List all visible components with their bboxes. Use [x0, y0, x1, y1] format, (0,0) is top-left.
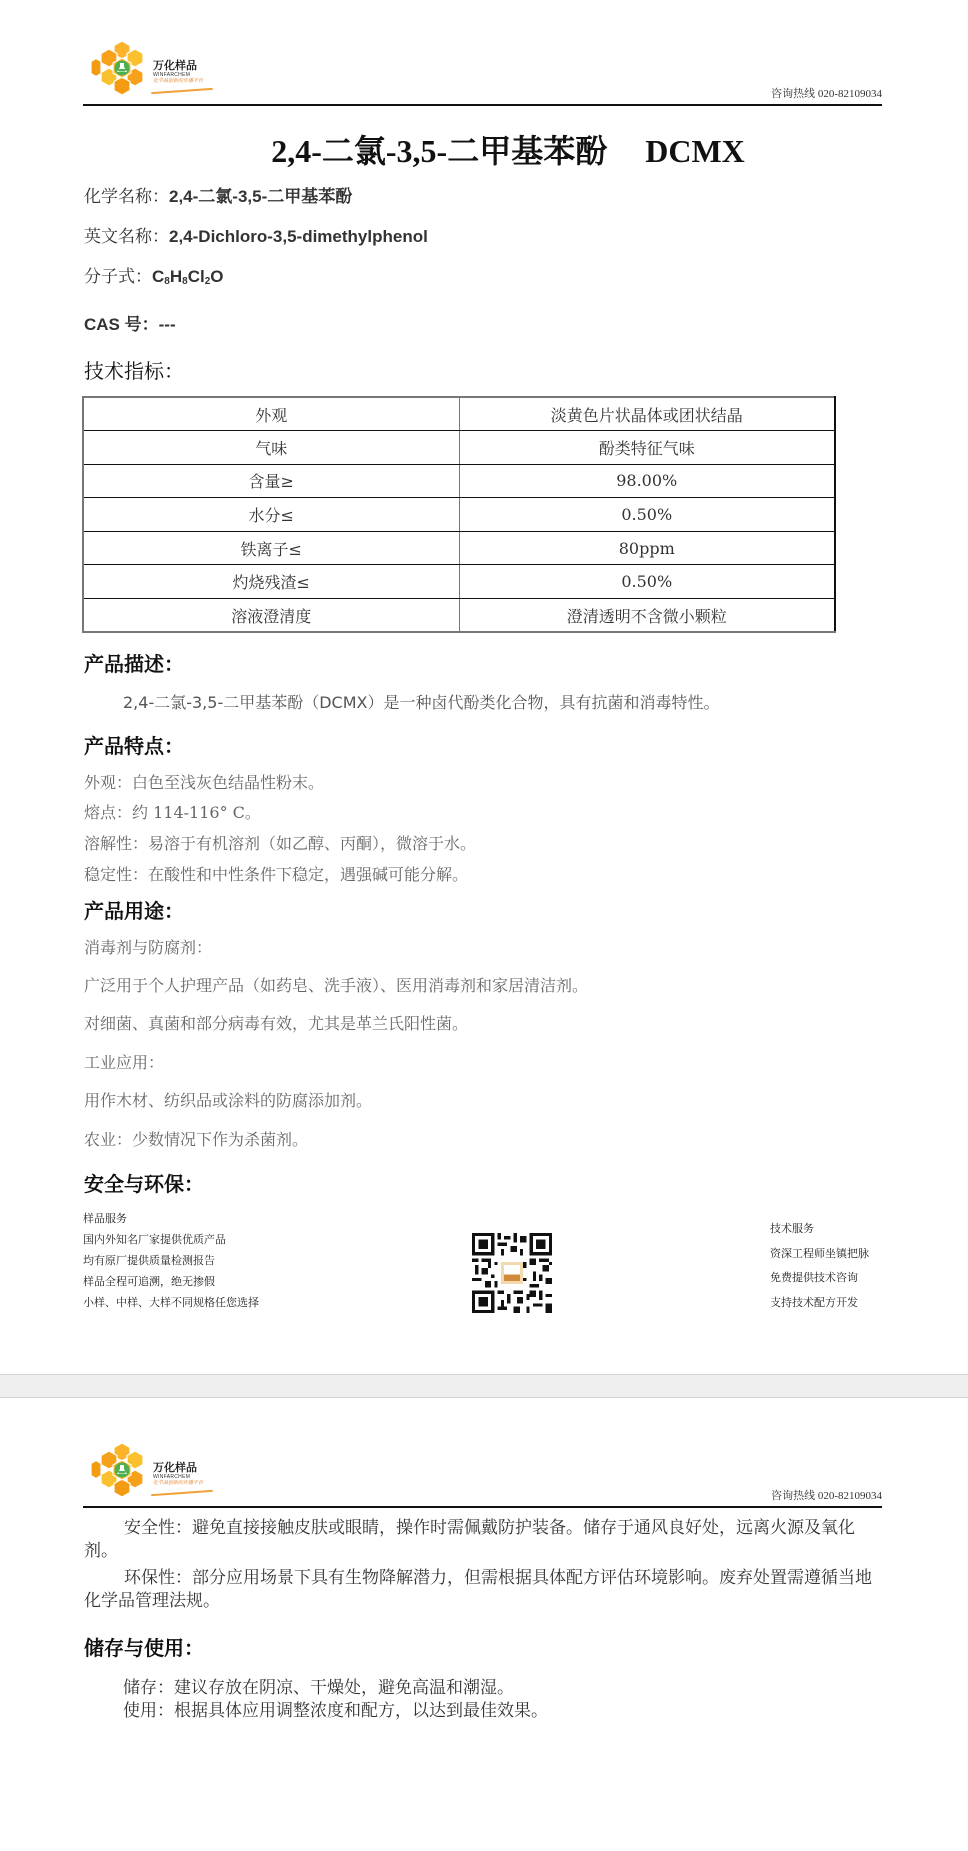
- features-heading: 产品特点：: [84, 730, 184, 759]
- english-name-field: 英文名称：2,4-Dichloro-3,5-dimethylphenol: [84, 222, 428, 247]
- page-separator: [0, 1374, 968, 1398]
- company-logo: 万化样品 WINFARCHEM 化学品创新的传播平台: [91, 1442, 211, 1502]
- english-name-label: 英文名称：: [84, 227, 169, 247]
- spec-table: 外观淡黄色片状晶体或团状结晶 气味酚类特征气味 含量≥98.00% 水分≤0.5…: [82, 396, 836, 633]
- environment-paragraph: 环保性：部分应用场景下具有生物降解潜力，但需根据具体配方评估环境影响。废弃处置需…: [84, 1567, 884, 1613]
- spec-value: 酚类特征气味: [459, 431, 835, 465]
- hotline-text: 咨询热线 020-82109034: [771, 1487, 882, 1503]
- english-name-value: 2,4-Dichloro-3,5-dimethylphenol: [169, 227, 428, 246]
- tech-service-item: 支持技术配方开发: [770, 1291, 869, 1316]
- safety-paragraph: 安全性：避免直接接触皮肤或眼睛，操作时需佩戴防护装备。储存于通风良好处，远离火源…: [84, 1517, 884, 1563]
- table-row: 灼烧残渣≤0.50%: [83, 565, 835, 599]
- tech-service-item: 免费提供技术咨询: [770, 1266, 869, 1291]
- spec-key: 灼烧残渣≤: [83, 565, 459, 599]
- qr-code-icon: [472, 1233, 552, 1313]
- sample-service-item: 国内外知名厂家提供优质产品: [83, 1229, 259, 1250]
- page-title: 2,4-二氯-3,5-二甲基苯酚DCMX: [0, 126, 968, 172]
- spec-heading: 技术指标：: [84, 355, 184, 384]
- use-item: 对细菌、真菌和部分病毒有效，尤其是革兰氏阳性菌。: [84, 1013, 468, 1035]
- tech-service-list: 技术服务 资深工程师坐镇把脉 免费提供技术咨询 支持技术配方开发: [770, 1217, 869, 1315]
- spec-key: 铁离子≤: [83, 531, 459, 565]
- chemical-name-value: 2,4-二氯-3,5-二甲基苯酚: [169, 187, 352, 206]
- logo-swoosh: [151, 88, 213, 94]
- feature-item: 外观：白色至浅灰色结晶性粉末。: [84, 772, 324, 794]
- table-row: 溶液澄清度澄清透明不含微小颗粒: [83, 599, 835, 633]
- use-item: 工业应用：: [84, 1052, 164, 1074]
- logo-slogan: 化学品创新的传播平台: [153, 78, 203, 85]
- hexagon-logo-icon: [91, 1442, 153, 1498]
- formula-label: 分子式：: [84, 267, 152, 287]
- logo-swoosh: [151, 1490, 213, 1496]
- title-abbr: DCMX: [645, 133, 745, 169]
- storage-heading: 储存与使用：: [84, 1632, 204, 1661]
- use-item: 消毒剂与防腐剂：: [84, 937, 212, 959]
- spec-key: 溶液澄清度: [83, 599, 459, 633]
- document-page-1: 万化样品 WINFARCHEM 化学品创新的传播平台 咨询热线 020-8210…: [0, 0, 968, 1374]
- hotline-text: 咨询热线 020-82109034: [771, 85, 882, 101]
- logo-text: 万化样品 WINFARCHEM 化学品创新的传播平台: [153, 1462, 203, 1487]
- chemical-name-field: 化学名称：2,4-二氯-3,5-二甲基苯酚: [84, 182, 352, 207]
- spec-value: 80ppm: [459, 531, 835, 565]
- use-item: 广泛用于个人护理产品（如药皂、洗手液）、医用消毒剂和家居清洁剂。: [84, 975, 588, 997]
- tech-service-item: 技术服务: [770, 1217, 869, 1242]
- storage-item: 使用：根据具体应用调整浓度和配方，以达到最佳效果。: [123, 1700, 548, 1722]
- sample-service-item: 样品服务: [83, 1208, 259, 1229]
- hexagon-logo-icon: [91, 40, 153, 96]
- cas-field: CAS 号：---: [84, 310, 176, 335]
- company-logo: 万化样品 WINFARCHEM 化学品创新的传播平台: [91, 40, 211, 100]
- table-row: 气味酚类特征气味: [83, 431, 835, 465]
- chemical-name-label: 化学名称：: [84, 187, 169, 207]
- table-row: 含量≥98.00%: [83, 464, 835, 498]
- use-item: 用作木材、纺织品或涂料的防腐添加剂。: [84, 1090, 372, 1112]
- logo-name-cn: 万化样品: [153, 60, 203, 72]
- description-heading: 产品描述：: [84, 648, 184, 677]
- spec-value: 0.50%: [459, 498, 835, 532]
- safety-heading: 安全与环保：: [84, 1168, 204, 1197]
- spec-value: 澄清透明不含微小颗粒: [459, 599, 835, 633]
- sample-service-item: 小样、中样、大样不同规格任您选择: [83, 1292, 259, 1313]
- logo-slogan: 化学品创新的传播平台: [153, 1480, 203, 1487]
- sample-service-item: 样品全程可追溯，绝无掺假: [83, 1271, 259, 1292]
- title-cn: 2,4-二氯-3,5-二甲基苯酚: [271, 133, 607, 169]
- page-header: 万化样品 WINFARCHEM 化学品创新的传播平台 咨询热线 020-8210…: [83, 1438, 882, 1508]
- storage-item: 储存：建议存放在阴凉、干燥处，避免高温和潮湿。: [123, 1677, 514, 1699]
- table-row: 水分≤0.50%: [83, 498, 835, 532]
- table-row: 铁离子≤80ppm: [83, 531, 835, 565]
- spec-value: 淡黄色片状晶体或团状结晶: [459, 397, 835, 431]
- spec-key: 含量≥: [83, 464, 459, 498]
- feature-item: 稳定性：在酸性和中性条件下稳定，遇强碱可能分解。: [84, 864, 468, 886]
- spec-key: 气味: [83, 431, 459, 465]
- sample-service-list: 样品服务 国内外知名厂家提供优质产品 均有原厂提供质量检测报告 样品全程可追溯，…: [83, 1208, 259, 1313]
- document-page-2: 万化样品 WINFARCHEM 化学品创新的传播平台 咨询热线 020-8210…: [0, 1398, 968, 1851]
- spec-value: 0.50%: [459, 565, 835, 599]
- description-text: 2,4-二氯-3,5-二甲基苯酚（DCMX）是一种卤代酚类化合物，具有抗菌和消毒…: [123, 692, 719, 714]
- cas-label: CAS 号：: [84, 315, 159, 334]
- logo-text: 万化样品 WINFARCHEM 化学品创新的传播平台: [153, 60, 203, 85]
- formula-value: C8H8Cl2O: [152, 267, 223, 286]
- formula-field: 分子式：C8H8Cl2O: [84, 262, 223, 287]
- feature-item: 溶解性：易溶于有机溶剂（如乙醇、丙酮），微溶于水。: [84, 833, 476, 855]
- logo-name-cn: 万化样品: [153, 1462, 203, 1474]
- spec-key: 水分≤: [83, 498, 459, 532]
- feature-item: 熔点：约 114-116° C。: [84, 802, 261, 824]
- sample-service-item: 均有原厂提供质量检测报告: [83, 1250, 259, 1271]
- cas-value: ---: [159, 315, 176, 334]
- spec-value: 98.00%: [459, 464, 835, 498]
- table-row: 外观淡黄色片状晶体或团状结晶: [83, 397, 835, 431]
- page-header: 万化样品 WINFARCHEM 化学品创新的传播平台 咨询热线 020-8210…: [83, 36, 882, 106]
- tech-service-item: 资深工程师坐镇把脉: [770, 1242, 869, 1267]
- uses-heading: 产品用途：: [84, 895, 184, 924]
- spec-key: 外观: [83, 397, 459, 431]
- use-item: 农业：少数情况下作为杀菌剂。: [84, 1129, 308, 1151]
